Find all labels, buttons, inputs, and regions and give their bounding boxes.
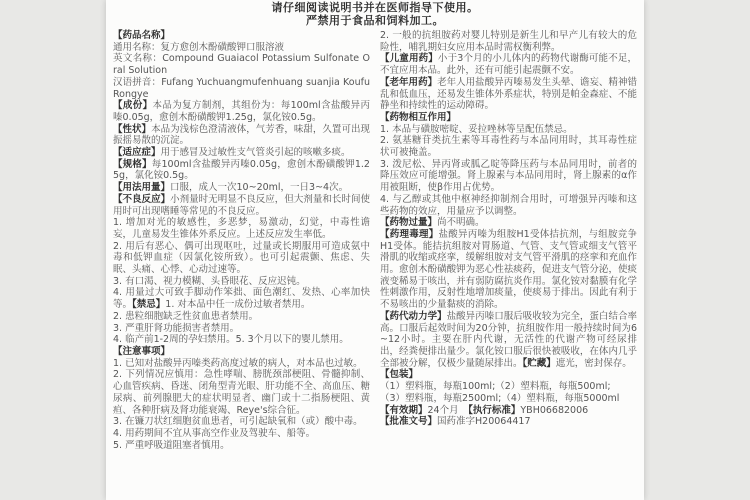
paragraph: 【老年用药】老年人用盐酸异丙嗪易发生头晕、谵妄、精神错乱和低血压，还易发生锥体外… [380,77,637,112]
body-text: 1. 对本品中任一成份过敏者禁用。 [165,299,310,310]
section-label: 【药理毒理】 [380,229,439,240]
paragraph: 2. 一般的抗组胺药对婴儿特别是新生儿和早产儿有较大的危险性，哺乳期妇女应用本品… [380,30,637,53]
body-text: 通用名称：复方愈创木酚磺酸钾口服溶液 [113,42,284,53]
paragraph: 通用名称：复方愈创木酚磺酸钾口服溶液 [113,42,370,54]
section-label: 【药代动力学】 [380,311,447,322]
body-text: 4. 临产前1-2周的孕妇禁用。5. 3个月以下的婴儿禁用。 [113,334,349,345]
paragraph: 3. 有口渴、视力模糊、头昏眼花、反应迟钝。 [113,276,370,288]
paragraph: 【性状】本品为浅棕色澄清液体，气芳香，味甜，久置可出现振摇易散的沉淀。 [113,124,370,147]
body-text: YBH06682006 [520,405,588,416]
body-text: 1. 已知对盐酸异丙嗪类药高度过敏的病人，对本品也过敏。 [113,358,363,369]
section-label: 【禁忌】 [132,299,165,310]
body-text: 本品为浅棕色澄清液体，气芳香，味甜，久置可出现振摇易散的沉淀。 [113,124,370,147]
body-text: 汉语拼音：Fufang Yuchuangmufenhuang suanjia K… [113,77,370,100]
section-label: 【性状】 [113,124,151,135]
body-text: 用于感冒及过敏性支气管炎引起的咳嗽多痰。 [161,147,351,158]
body-text: 3. 严重肝肾功能损害者禁用。 [113,323,239,334]
body-text: 本品为复方制剂，其组份为：每100ml含盐酸异丙嗪0.05g，愈创木酚磺酸钾1.… [113,100,370,123]
left-column: 【药品名称】通用名称：复方愈创木酚磺酸钾口服溶液英文名称：Compound Gu… [113,30,370,451]
body-text: 2. 下列情况应慎用：急性哮喘、膀胱颈部梗阻、骨髓抑制、心血管疾病、昏迷、闭角型… [113,369,370,415]
paragraph: 【注意事项】 [113,346,370,358]
paragraph: 【药理毒理】盐酸异丙嗪为组胺H1受体拮抗剂，与组胺竞争H1受体。能拮抗组胺对胃肠… [380,229,637,311]
paragraph: 5. 严重呼吸道阻塞者慎用。 [113,440,370,452]
body-text: 1. 本品与磺胺嘧啶、妥拉唑林等呈配伍禁忌。 [380,124,573,135]
section-label: 【执行标准】 [468,405,520,416]
body-text: 4. 与乙醇或其他中枢神经抑制剂合用时，可增强异丙嗪和这些药物的效应，用量应予以… [380,194,637,217]
paragraph: 【药品名称】 [113,30,370,42]
section-label: 【适应症】 [113,147,161,158]
body-text: 盐酸异丙嗪为组胺H1受体拮抗剂，与组胺竞争H1受体。能拮抗组胺对胃肠道、气管、支… [380,229,637,310]
section-label: 【注意事项】 [113,346,170,357]
usage-notice: 请仔细阅读说明书并在医师指导下使用。 严禁用于食品和饲料加工。 [113,1,637,27]
body-text: 2. 一般的抗组胺药对婴儿特别是新生儿和早产儿有较大的危险性，哺乳期妇女应用本品… [380,30,637,53]
paragraph: 2. 下列情况应慎用：急性哮喘、膀胱颈部梗阻、骨髓抑制、心血管疾病、昏迷、闭角型… [113,369,370,416]
paragraph: 3. 严重肝肾功能损害者禁用。 [113,323,370,335]
paragraph: 【有效期】24个月 【执行标准】YBH06682006 [380,405,637,417]
paragraph: （1）塑料瓶，每瓶100ml;（2）塑料瓶，每瓶500ml; [380,381,637,393]
paragraph: 2. 用后有恶心、偶可出现呕吐，过量或长期服用可造成氨中毒和低钾血症（因氯化铵所… [113,241,370,276]
paragraph: 【批准文号】国药准字H20064417 [380,416,637,428]
paragraph: 1. 已知对盐酸异丙嗪类药高度过敏的病人，对本品也过敏。 [113,358,370,370]
section-label: 【包装】 [380,369,418,380]
paragraph: 【适应症】用于感冒及过敏性支气管炎引起的咳嗽多痰。 [113,147,370,159]
drug-leaflet-paper: 请仔细阅读说明书并在医师指导下使用。 严禁用于食品和饲料加工。 【药品名称】通用… [106,0,644,500]
section-label: 【老年用药】 [380,77,437,88]
paragraph: 1. 本品与磺胺嘧啶、妥拉唑林等呈配伍禁忌。 [380,124,637,136]
body-text: 1. 增加对光的敏感性，多恶梦，易激动，幻觉，中毒性谵妄，儿童易发生锥体外系反应… [113,217,370,240]
body-text: 尚不明确。 [437,217,485,228]
section-label: 【药品名称】 [113,30,170,41]
paragraph: 【药代动力学】盐酸异丙嗪口服后吸收较为完全，蛋白结合率高。口服后起效时间为20分… [380,311,637,370]
paragraph: 【包装】 [380,369,637,381]
paragraph: 4. 用药期间不宜从事高空作业及驾驶车、船等。 [113,428,370,440]
section-label: 【批准文号】 [380,416,437,427]
paragraph: 【儿童用药】小于3个月的小儿体内的药物代谢酶可能不足，不宜应用本品。此外，还有可… [380,53,637,76]
body-text: 3. 泼尼松、异丙肾或胍乙啶等降压药与本品同用时，前者的降压效应可能增强。肾上腺… [380,159,637,193]
section-label: 【儿童用药】 [380,53,438,64]
section-label: 【不良反应】 [113,194,170,205]
body-text: 24个月 [428,405,469,416]
body-text: 国药准字H20064417 [437,416,531,427]
body-text: 2. 用后有恶心、偶可出现呕吐，过量或长期服用可造成氨中毒和低钾血症（因氯化铵所… [113,241,370,275]
usage-notice-line1: 请仔细阅读说明书并在医师指导下使用。 [113,1,637,14]
body-text: 2. 患粒细胞缺乏性贫血患者禁用。 [113,311,258,322]
section-label: 【有效期】 [380,405,428,416]
paragraph: 2. 患粒细胞缺乏性贫血患者禁用。 [113,311,370,323]
usage-notice-line2: 严禁用于食品和饲料加工。 [113,14,637,27]
paragraph: 1. 增加对光的敏感性，多恶梦，易激动，幻觉，中毒性谵妄，儿童易发生锥体外系反应… [113,217,370,240]
paragraph: （3）塑料瓶，每瓶2500ml;（4）塑料瓶，每瓶5000ml [380,393,637,405]
paragraph: 4. 与乙醇或其他中枢神经抑制剂合用时，可增强异丙嗪和这些药物的效应，用量应予以… [380,194,637,217]
right-column: 2. 一般的抗组胺药对婴儿特别是新生儿和早产儿有较大的危险性，哺乳期妇女应用本品… [380,30,637,451]
body-text: 3. 有口渴、视力模糊、头昏眼花、反应迟钝。 [113,276,306,287]
paragraph: 4. 临产前1-2周的孕妇禁用。5. 3个月以下的婴儿禁用。 [113,334,370,346]
paragraph: 3. 泼尼松、异丙肾或胍乙啶等降压药与本品同用时，前者的降压效应可能增强。肾上腺… [380,159,637,194]
body-text: 英文名称：Compound Guaiacol Potassium Sulfona… [113,53,370,76]
body-text: 每100ml含盐酸异丙嗪0.05g，愈创木酚磺酸钾1.25g，氯化铵0.5g。 [113,159,370,182]
body-text: 4. 用药期间不宜从事高空作业及驾驶车、船等。 [113,428,315,439]
paragraph: 4. 用量过大可致手脚动作笨拙、面色潮红、发热、心率加快等。【禁忌】1. 对本品… [113,287,370,310]
body-text: 3. 在镰刀状红细胞贫血患者，可引起缺氧和（或）酸中毒。 [113,416,363,427]
body-text: （1）塑料瓶，每瓶100ml;（2）塑料瓶，每瓶500ml; [380,381,611,392]
paragraph: 3. 在镰刀状红细胞贫血患者，可引起缺氧和（或）酸中毒。 [113,416,370,428]
section-label: 【贮藏】 [523,358,556,369]
paragraph: 【规格】每100ml含盐酸异丙嗪0.05g，愈创木酚磺酸钾1.25g，氯化铵0.… [113,159,370,182]
leaflet-columns: 【药品名称】通用名称：复方愈创木酚磺酸钾口服溶液英文名称：Compound Gu… [113,30,637,451]
section-label: 【药物过量】 [380,217,437,228]
paragraph: 【药物过量】尚不明确。 [380,217,637,229]
body-text: 2. 氨基糖苷类抗生素等耳毒性药与本品同用时，其耳毒性症状可被掩盖。 [380,135,637,158]
paragraph: 【不良反应】小剂量时无明显不良反应，但大剂量和长时间使用时可出现嗜睡等常见的不良… [113,194,370,217]
paragraph: 英文名称：Compound Guaiacol Potassium Sulfona… [113,53,370,76]
paragraph: 【药物相互作用】 [380,112,637,124]
body-text: 5. 严重呼吸道阻塞者慎用。 [113,440,230,451]
body-text: 遮光，密封保存。 [556,358,632,369]
paragraph: 汉语拼音：Fufang Yuchuangmufenhuang suanjia K… [113,77,370,100]
paragraph: 【成份】本品为复方制剂，其组份为：每100ml含盐酸异丙嗪0.05g，愈创木酚磺… [113,100,370,123]
section-label: 【成份】 [113,100,152,111]
section-label: 【药物相互作用】 [380,112,456,123]
body-text: （3）塑料瓶，每瓶2500ml;（4）塑料瓶，每瓶5000ml [380,393,619,404]
paragraph: 【用法用量】口服，成人一次10~20ml，一日3~4次。 [113,182,370,194]
paragraph: 2. 氨基糖苷类抗生素等耳毒性药与本品同用时，其耳毒性症状可被掩盖。 [380,135,637,158]
section-label: 【用法用量】 [113,182,170,193]
body-text: 口服，成人一次10~20ml，一日3~4次。 [170,182,348,193]
section-label: 【规格】 [113,159,152,170]
